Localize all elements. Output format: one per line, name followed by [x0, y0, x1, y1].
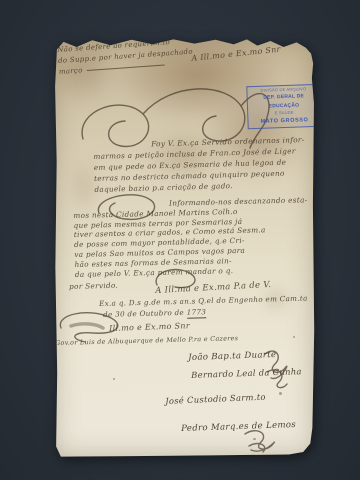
signature-3: José Custodio Sarm.to: [165, 392, 266, 406]
closing-left: por Servido.: [69, 281, 118, 291]
archival-photo: { "photo": { "background": "#2a313a", "p…: [0, 0, 360, 480]
addressee-name: Gov.or Luis de Albuquerque de Mello P.ra…: [55, 334, 238, 347]
dateline-year: 1773: [187, 307, 207, 319]
stamp-line-2: DEP. GERAL DE EDUCAÇÃO: [248, 92, 321, 112]
stamp-line-4: MATO GROSSO: [260, 116, 308, 127]
marginal-dash: [87, 64, 165, 70]
signature-4: Pedro Marq.es de Lemos: [181, 420, 296, 434]
body-paragraph-1: Foy V. Ex.ça Servido ordenarnos infor- m…: [93, 134, 308, 195]
foxing-speck: [253, 438, 256, 440]
addressee-salutation: Ill.mo e Ex.mo Snr: [109, 321, 190, 333]
archive-stamp: DIVISÃO DE ARQUIVO DEP. GERAL DE EDUCAÇÃ…: [246, 84, 321, 130]
salutation-top-right: A Ill.mo e Ex.mo Snr: [191, 45, 281, 63]
stamp-line-3: E SAÚDE: [275, 110, 294, 117]
closing-right: A Ill.ma e Ex.ma P.a de V.: [155, 280, 272, 296]
signature-2: Bernardo Leal da Cunha: [191, 366, 302, 380]
dateline-2-text: de 30 de Outubro de: [103, 308, 187, 319]
dateline-1: Ex.a q. D.s g.de m.s an.s Q.el do Engenh…: [99, 294, 308, 308]
marginal-line-text: março: [59, 66, 83, 76]
signature-1: João Bap.ta Duarte: [188, 350, 277, 363]
foxing-speck: [293, 336, 295, 338]
foxing-speck: [113, 378, 115, 380]
foxing-speck: [279, 392, 282, 395]
body-paragraph-2: Informando-nos descanzando esta- mos nes…: [73, 195, 313, 279]
manuscript-paper: Não se defere ao requerim.to do Supp.e p…: [53, 36, 315, 457]
dateline-2: de 30 de Outubro de 1773: [103, 307, 206, 319]
manuscript-paper-wrap: Não se defere ao requerim.to do Supp.e p…: [53, 36, 315, 457]
marginal-annotation: Não se defere ao requerim.to do Supp.e p…: [57, 36, 194, 78]
